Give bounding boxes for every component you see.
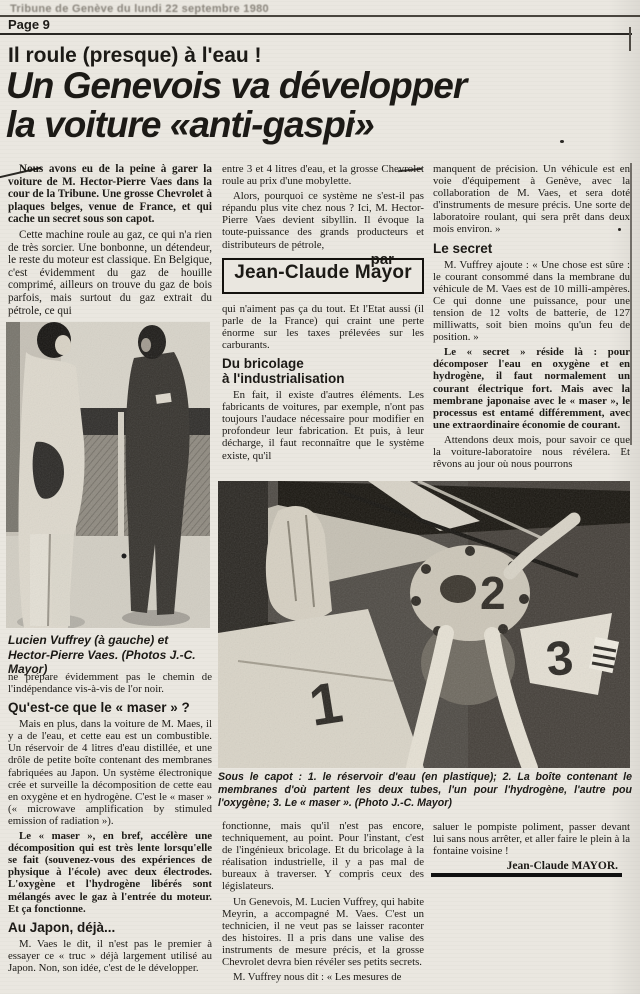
column-3-top: manquent de précision. Un véhicule est e… [433, 163, 630, 481]
author-signature: Jean-Claude MAYOR. [433, 860, 630, 872]
byline-author: Jean-Claude Mayor [224, 267, 422, 279]
body-paragraph: M. Vuffrey nous dit : « Les mesures de [222, 971, 424, 983]
column-1-top: Nous avons eu de la peine à garer la voi… [8, 163, 212, 322]
body-paragraph: Attendons deux mois, pour savoir ce que … [433, 434, 630, 470]
body-paragraph: M. Vuffrey ajoute : « Une chose est sûre… [433, 259, 630, 344]
article-end-rule [431, 873, 622, 877]
page-number-rule [0, 33, 632, 35]
body-paragraph: Le « secret » réside là : pour décompose… [433, 346, 630, 431]
photo-caption-bottom: Sous le capot : 1. le réservoir d'eau (e… [218, 771, 632, 811]
masthead-rule [0, 15, 640, 17]
column-2-bottom: fonctionne, mais qu'il n'est pas encore,… [222, 820, 424, 994]
section-subhead: Du bricolage à l'industrialisation [222, 356, 424, 386]
subhead-line2: à l'industrialisation [222, 371, 424, 386]
subhead-line1: Du bricolage [222, 356, 424, 371]
column-1-bottom: ne prépare évidemment pas le chemin de l… [8, 671, 212, 994]
newspaper-page: Tribune de Genève du lundi 22 septembre … [0, 0, 640, 994]
section-subhead: Au Japon, déjà... [8, 920, 212, 935]
body-paragraph: En fait, il existe d'autres éléments. Le… [222, 389, 424, 462]
margin-rule [629, 27, 631, 51]
headline-line2: la voiture «anti-gaspi» [6, 105, 466, 144]
photo-caption-left: Lucien Vuffrey (à gauche) et Hector-Pier… [8, 633, 212, 677]
masthead-date: Tribune de Genève du lundi 22 septembre … [10, 3, 269, 15]
body-paragraph: entre 3 et 4 litres d'eau, et la grosse … [222, 163, 424, 187]
lead-paragraph: Nous avons eu de la peine à garer la voi… [8, 163, 212, 226]
column-2-top: entre 3 et 4 litres d'eau, et la grosse … [222, 163, 424, 481]
body-paragraph: Un Genevois, M. Lucien Vuffrey, qui habi… [222, 896, 424, 969]
byline-box: par Jean-Claude Mayor [222, 258, 424, 294]
headline-line1: Un Genevois va développer [6, 66, 466, 105]
body-paragraph: M. Vaes le dit, il n'est pas le premier … [8, 938, 212, 974]
body-paragraph: Alors, pourquoi ce système ne s'est-il p… [222, 190, 424, 250]
ink-speck [560, 140, 564, 143]
body-paragraph: fonctionne, mais qu'il n'est pas encore,… [222, 820, 424, 893]
body-paragraph: ne prépare évidemment pas le chemin de l… [8, 671, 212, 695]
body-paragraph: qui n'aiment pas ça du tout. Et l'Etat a… [222, 303, 424, 351]
body-paragraph: Le « maser », en bref, accélère une déco… [8, 830, 212, 915]
section-subhead: Le secret [433, 241, 630, 256]
body-paragraph: Mais en plus, dans la voiture de M. Maes… [8, 718, 212, 827]
body-paragraph: Cette machine roule au gaz, ce qui n'a r… [8, 229, 212, 317]
margin-rule [630, 163, 632, 445]
page-number: Page 9 [8, 17, 50, 32]
section-subhead: Qu'est-ce que le « maser » ? [8, 700, 212, 715]
body-paragraph: saluer le pompiste poliment, passer deva… [433, 821, 630, 857]
body-paragraph: manquent de précision. Un véhicule est e… [433, 163, 630, 236]
column-3-bottom: saluer le pompiste poliment, passer deva… [433, 821, 630, 872]
main-headline: Un Genevois va développer la voiture «an… [6, 66, 466, 144]
photo-engine-bay: 1 2 3 [218, 481, 630, 768]
ink-speck [352, 120, 355, 123]
photo-two-men [6, 322, 210, 628]
